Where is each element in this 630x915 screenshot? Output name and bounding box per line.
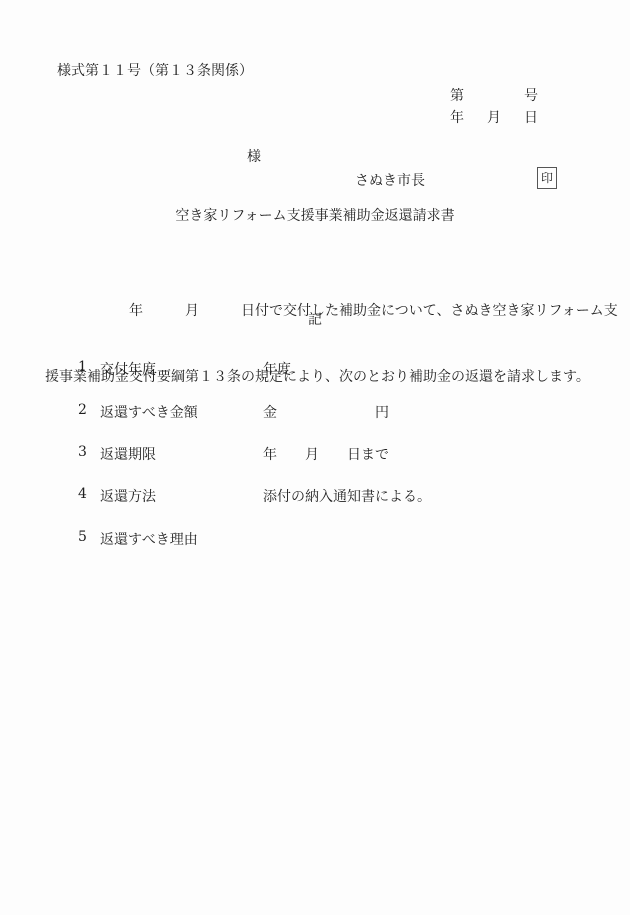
item-value: 添付の納入通知書による。 [263,486,431,506]
item-number: 3 [78,444,87,460]
inkan-seal-mark: 印 [537,167,557,189]
item-label: 返還方法 [100,486,156,506]
issue-date-day-label: 日 [524,110,538,126]
list-item: 3 返還期限 年 月 日まで [0,444,630,462]
doc-number-suffix: 号 [524,88,538,104]
doc-number-prefix: 第 [450,88,464,104]
sender-name: さぬき市長 [355,173,425,189]
document-page: 様式第１１号（第１３条関係） 第 号 年 月 日 様 さぬき市長 印 空き家リフ… [0,0,630,915]
document-title: 空き家リフォーム支援事業補助金返還請求書 [0,208,630,224]
addressee-honorific: 様 [247,149,261,165]
list-item: 4 返還方法 添付の納入通知書による。 [0,486,630,504]
item-value: 金 円 [263,402,389,422]
form-number: 様式第１１号（第１３条関係） [57,63,253,79]
list-item: 5 返還すべき理由 [0,529,630,547]
item-number: 1 [78,359,87,375]
item-label: 返還期限 [100,444,156,464]
issue-date-month-label: 月 [487,110,501,126]
item-label: 交付年度 [100,359,156,379]
item-number: 4 [78,486,87,502]
item-label: 返還すべき理由 [100,529,198,549]
section-marker: 記 [0,312,630,328]
issue-date-year-label: 年 [450,110,464,126]
item-label: 返還すべき金額 [100,402,198,422]
item-value: 年度 [263,359,291,379]
list-item: 2 返還すべき金額 金 円 [0,402,630,420]
list-item: 1 交付年度 年度 [0,359,630,377]
item-number: 2 [78,402,87,418]
item-value: 年 月 日まで [263,444,389,464]
item-number: 5 [78,529,87,545]
